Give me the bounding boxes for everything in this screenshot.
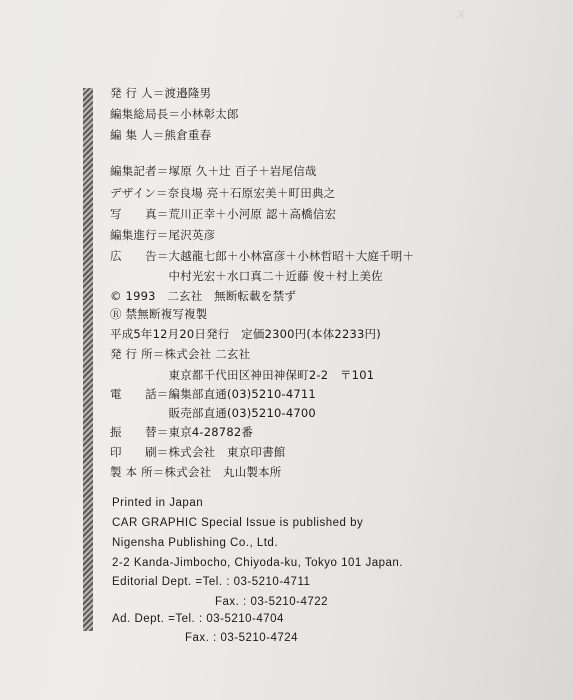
colophon-line: 振 替＝東京4-28782番	[110, 424, 253, 440]
english-colophon-line: CAR GRAPHIC Special Issue is published b…	[112, 517, 363, 529]
colophon-line: © 1993 二玄社 無断転載を禁ず	[110, 288, 296, 304]
english-colophon-line: Ad. Dept. =Tel. : 03-5210-4704	[112, 613, 284, 625]
colophon-line: 発 行 所＝株式会社 二玄社	[110, 346, 250, 362]
colophon-line: 広 告＝大越龍七郎＋小林富彦＋小林哲昭＋大庭千明＋	[110, 248, 414, 264]
colophon-line: 編集総局長＝小林彰太郎	[110, 106, 239, 122]
colophon-line: 販売部直通(03)5210-4700	[110, 405, 316, 421]
english-colophon-line: Printed in Japan	[112, 497, 203, 509]
faint-corner-mark: ヌ	[455, 6, 466, 22]
english-colophon-line: Nigensha Publishing Co., Ltd.	[112, 537, 278, 549]
colophon-line: 東京都千代田区神田神保町2-2 〒101	[110, 367, 374, 383]
english-colophon-line: Fax. : 03-5210-4724	[185, 632, 298, 644]
colophon-line: 編集記者＝塚原 久＋辻 百子＋岩尾信哉	[110, 163, 317, 179]
colophon-line: 平成5年12月20日発行 定価2300円(本体2233円)	[110, 326, 381, 342]
colophon-line: デザイン＝奈良場 亮＋石原宏美＋町田典之	[110, 185, 335, 201]
colophon-line: 印 刷＝株式会社 東京印書館	[110, 444, 286, 460]
colophon-line: 写 真＝荒川正幸＋小河原 認＋高橋信宏	[110, 206, 336, 222]
english-colophon-line: Fax. : 03-5210-4722	[215, 596, 328, 608]
colophon-line: 編 集 人＝熊倉重春	[110, 127, 211, 143]
colophon-line: Ⓡ 禁無断複写複製	[110, 306, 207, 322]
colophon-line: 電 話＝編集部直通(03)5210-4711	[110, 386, 316, 402]
decorative-stripe	[83, 88, 93, 631]
colophon-line: 発 行 人＝渡邉隆男	[110, 85, 211, 101]
colophon-line: 編集進行＝尾沢英彦	[110, 227, 215, 243]
colophon-line: 製 本 所＝株式会社 丸山製本所	[110, 464, 282, 480]
colophon-line: 中村光宏＋水口真二＋近藤 俊＋村上美佐	[110, 268, 383, 284]
english-colophon-line: Editorial Dept. =Tel. : 03-5210-4711	[112, 576, 310, 588]
english-colophon-line: 2-2 Kanda-Jimbocho, Chiyoda-ku, Tokyo 10…	[112, 557, 403, 569]
